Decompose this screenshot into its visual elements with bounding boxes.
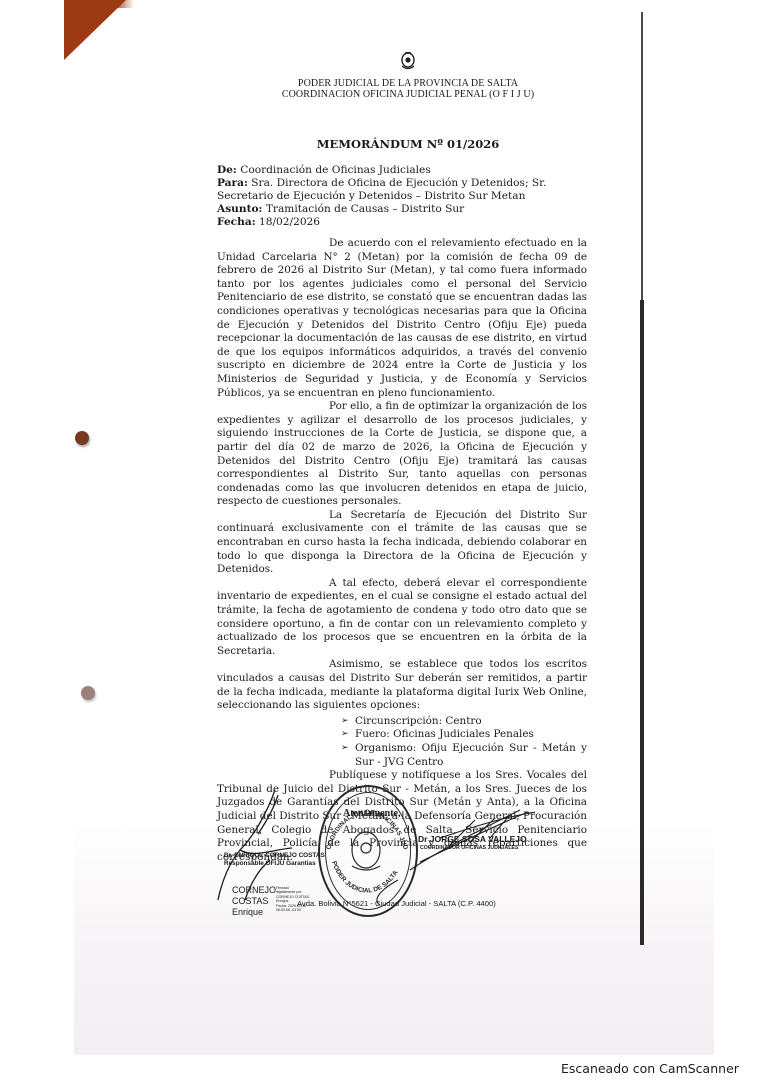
stamp-bottom-text: PODER JUDICIAL DE SALTA [330, 860, 400, 894]
signature-strokes: COORDINACION DE OFICINAS JUDICIALES PODE… [0, 0, 768, 1087]
signer-role: COORDINADOR OFICINAS JUDICIALES [420, 844, 527, 853]
right-signature-block: Dr JORGE SOSA VALLEJO COORDINADOR OFICIN… [418, 833, 527, 853]
closing-salutation: Atentamente, [343, 808, 400, 819]
digital-signature-name: CORNEJO COSTAS Enrique [232, 885, 276, 918]
signer-role: Responsable OFIJU Garantías [224, 860, 325, 868]
signer-name: Dr. ENRIQUE CORNEJO COSTAS [224, 852, 325, 860]
stamp-top-text: COORDINACION DE OFICINAS JUDICIALES [0, 0, 409, 851]
signer-name: Dr JORGE SOSA VALLEJO [418, 834, 527, 844]
camscanner-watermark: Escaneado con CamScanner [561, 1061, 739, 1076]
left-signature-block: Dr. ENRIQUE CORNEJO COSTAS Responsable O… [224, 852, 325, 868]
footer-address: Avda. Bolivia N°5621 - Ciudad Judicial -… [297, 899, 496, 908]
